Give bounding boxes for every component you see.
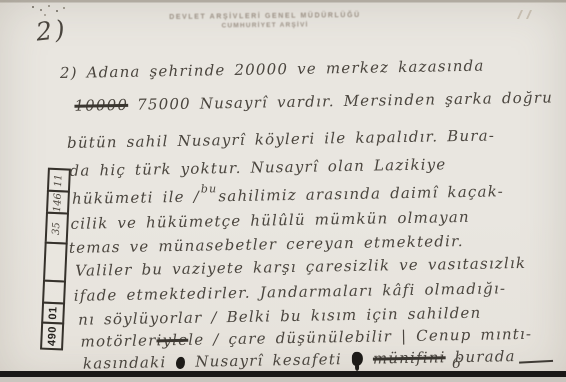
line-5-after: sahilimiz arasında daimî kaçak- — [218, 182, 504, 205]
page-number: 6 — [452, 356, 461, 372]
text-line-10: nı söylüyorlar / Belki bu kısım için sah… — [78, 304, 482, 329]
text-line-7: temas ve münasebetler cereyan etmektedir… — [69, 232, 464, 257]
scan-below-edge — [0, 377, 566, 382]
text-line-1: 2) Adana şehrinde 20000 ve merkez kazası… — [60, 57, 485, 82]
struck-number: 10000 — [74, 96, 128, 115]
handwritten-body: 2) Adana şehrinde 20000 ve merkez kazası… — [0, 0, 566, 382]
text-line-4: da hiç türk yoktur. Nusayrî olan Lazikiy… — [69, 155, 446, 180]
text-line-3: bütün sahil Nusayrî köyleri ile kapalıdı… — [67, 126, 495, 151]
line-12-b: Nusayrî kesafeti — [195, 350, 342, 371]
struck-suffix: iyle — [156, 331, 188, 350]
ink-blot-small — [176, 357, 185, 369]
text-line-8: Valiler bu vaziyete karşı çaresizlik ve … — [75, 254, 526, 280]
catalog-cell-printed-490: 490 — [40, 322, 64, 351]
underline-flourish — [519, 357, 553, 364]
line-5-before: hükümeti ile / — [72, 188, 200, 208]
text-line-2: 10000 75000 Nusayrî vardır. Mersinden şa… — [74, 88, 553, 114]
line-2-text: 75000 Nusayrî vardır. Mersinden şarka do… — [128, 88, 553, 113]
text-line-6: cilik ve hükümetçe hülûlü mümkün olmayan — [70, 208, 470, 233]
text-line-5: hükümeti ile /busahilimiz arasında daimî… — [72, 182, 504, 208]
struck-word: münifini — [373, 348, 446, 367]
line-11-before: motörler — [80, 331, 156, 350]
catalog-cell-empty-1 — [43, 242, 68, 283]
text-line-9: ifade etmektedirler. Jandarmaları kâfi o… — [74, 279, 507, 305]
document-scan: DEVLET ARŞİVLERİ GENEL MÜDÜRLÜĞÜ CUMHURİ… — [0, 0, 566, 382]
line-12-c: burada — [454, 347, 515, 366]
text-line-12: kasındaki Nusayrî kesafeti münifini bura… — [83, 346, 553, 372]
line-12-a: kasındaki — [83, 353, 167, 372]
line-11-after: le / çare düşünülebilir | Cenup mıntı- — [188, 325, 532, 349]
ink-blot-large — [352, 352, 363, 366]
catalog-cell-handwritten-3: 35 — [45, 212, 69, 245]
inserted-word: bu — [201, 182, 218, 195]
text-line-11: motörleriylele / çare düşünülebilir | Ce… — [80, 325, 532, 351]
